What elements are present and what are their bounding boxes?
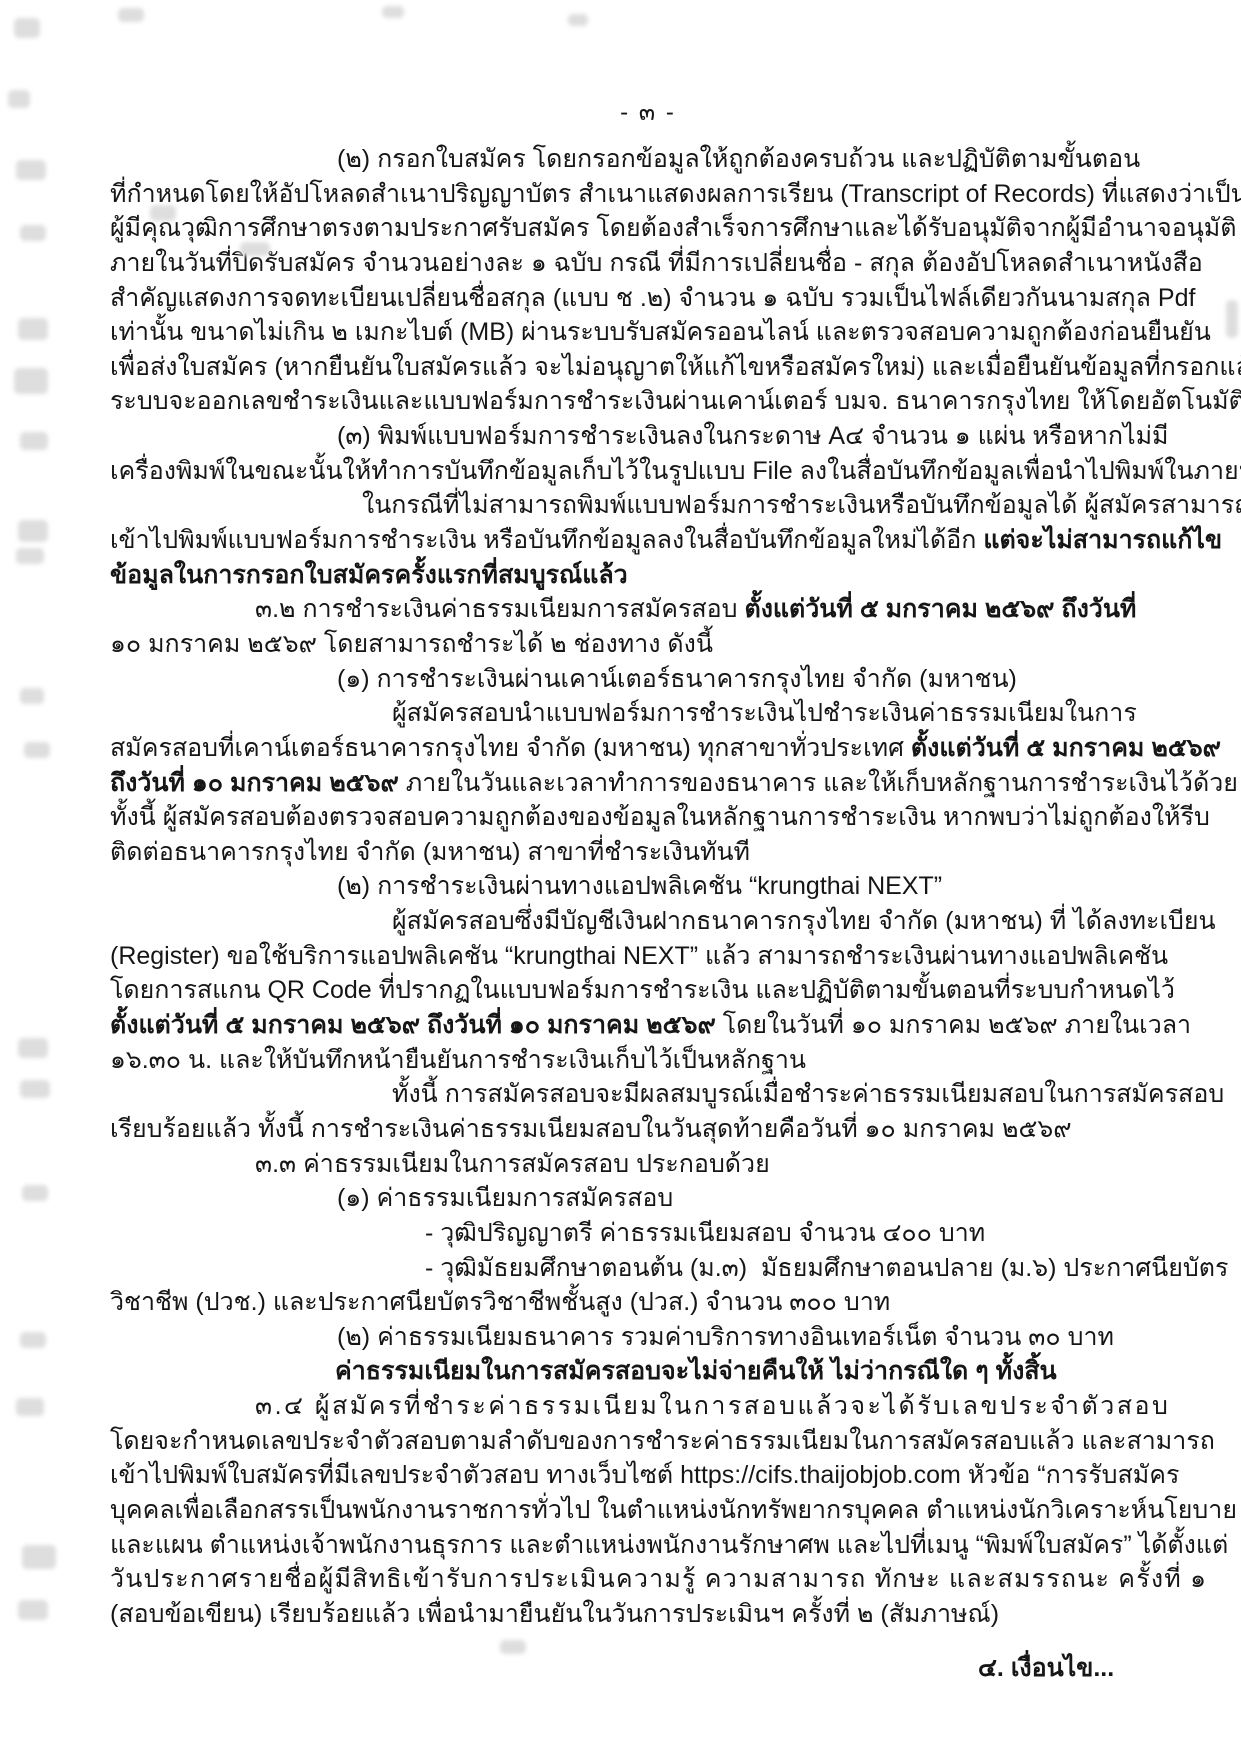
continuation-marker: ๔. เงื่อนไข...: [978, 1648, 1114, 1688]
text-line: โดยการสแกน QR Code ที่ปรากฏในแบบฟอร์มการ…: [110, 973, 1138, 1008]
scan-artifact: [24, 742, 50, 758]
text-run: ทั้งนี้ ผู้สมัครสอบต้องตรวจสอบความถูกต้อ…: [110, 803, 1210, 831]
text-run: (๒) การชำระเงินผ่านทางแอปพลิเคชัน “krung…: [337, 872, 942, 900]
text-run: ภายในวันและเวลาทำการของธนาคาร และให้เก็บ…: [399, 769, 1238, 797]
text-line: (๑) การชำระเงินผ่านเคาน์เตอร์ธนาคารกรุงไ…: [110, 662, 1138, 697]
text-line: (๒) ค่าธรรมเนียมธนาคาร รวมค่าบริการทางอิ…: [110, 1320, 1138, 1355]
text-run: เพื่อส่งใบสมัคร (หากยืนยันใบสมัครแล้ว จะ…: [110, 353, 1241, 381]
text-run: ที่กำหนดโดยให้อัปโหลดสำเนาปริญญาบัตร สำเ…: [110, 180, 1241, 208]
text-line: สำคัญแสดงการจดทะเบียนเปลี่ยนชื่อสกุล (แบ…: [110, 281, 1138, 316]
scan-artifact: [20, 1332, 46, 1348]
text-lines: (๒) กรอกใบสมัคร โดยกรอกข้อมูลให้ถูกต้องค…: [110, 142, 1138, 1632]
text-line: - วุฒิปริญญาตรี ค่าธรรมเนียมสอบ จำนวน ๔๐…: [110, 1216, 1138, 1251]
text-run: - วุฒิปริญญาตรี ค่าธรรมเนียมสอบ จำนวน ๔๐…: [425, 1219, 985, 1247]
text-line: วิชาชีพ (ปวช.) และประกาศนียบัตรวิชาชีพชั…: [110, 1285, 1138, 1320]
bold-text-run: ตั้งแต่วันที่ ๕ มกราคม ๒๕๖๙ ถึงวันที่ ๑๐…: [110, 1011, 716, 1039]
text-run: (Register) ขอใช้บริการแอปพลิเคชัน “krung…: [110, 942, 1168, 970]
text-line: เท่านั้น ขนาดไม่เกิน ๒ เมกะไบต์ (MB) ผ่า…: [110, 315, 1138, 350]
scan-artifact: [16, 1398, 44, 1416]
text-run: และแผน ตำแหน่งเจ้าพนักงานธุรการ และตำแหน…: [110, 1531, 1228, 1559]
text-run: โดยในวันที่ ๑๐ มกราคม ๒๕๖๙ ภายในเวลา: [716, 1011, 1191, 1039]
scan-artifact: [20, 688, 44, 704]
scan-artifact: [8, 90, 30, 108]
text-line: ๑๐ มกราคม ๒๕๖๙ โดยสามารถชำระได้ ๒ ช่องทา…: [110, 627, 1138, 662]
text-run: (๒) กรอกใบสมัคร โดยกรอกข้อมูลให้ถูกต้องค…: [337, 145, 1140, 173]
scan-artifact: [22, 1545, 56, 1569]
text-line: ในกรณีที่ไม่สามารถพิมพ์แบบฟอร์มการชำระเง…: [110, 488, 1138, 523]
text-line: โดยจะกำหนดเลขประจำตัวสอบตามลำดับของการชำ…: [110, 1424, 1138, 1459]
text-line: (Register) ขอใช้บริการแอปพลิเคชัน “krung…: [110, 939, 1138, 974]
text-run: ๓.๒ การชำระเงินค่าธรรมเนียมการสมัครสอบ: [255, 595, 744, 623]
text-line: (๒) กรอกใบสมัคร โดยกรอกข้อมูลให้ถูกต้องค…: [110, 142, 1138, 177]
text-line: เรียบร้อยแล้ว ทั้งนี้ การชำระเงินค่าธรรม…: [110, 1112, 1138, 1147]
scan-artifact: [18, 318, 48, 340]
scan-artifact: [150, 205, 176, 221]
text-run: วันประกาศรายชื่อผู้มีสิทธิเข้ารับการประเ…: [110, 1565, 1207, 1593]
text-line: ผู้สมัครสอบนำแบบฟอร์มการชำระเงินไปชำระเง…: [110, 696, 1138, 731]
scan-artifact: [568, 14, 588, 26]
text-line: ๑๖.๓๐ น. และให้บันทึกหน้ายืนยันการชำระเง…: [110, 1043, 1138, 1078]
text-run: (๓) พิมพ์แบบฟอร์มการชำระเงินลงในกระดาษ A…: [337, 422, 1169, 450]
bold-text-run: ถึงวันที่ ๑๐ มกราคม ๒๕๖๙: [110, 769, 399, 797]
text-line: บุคคลเพื่อเลือกสรรเป็นพนักงานราชการทั่วไ…: [110, 1493, 1138, 1528]
text-run: บุคคลเพื่อเลือกสรรเป็นพนักงานราชการทั่วไ…: [110, 1496, 1237, 1524]
scan-artifact: [18, 1600, 48, 1620]
text-run: ๑๐ มกราคม ๒๕๖๙ โดยสามารถชำระได้ ๒ ช่องทา…: [110, 630, 713, 658]
scan-artifact: [500, 1640, 526, 1654]
text-line: (๑) ค่าธรรมเนียมการสมัครสอบ: [110, 1181, 1138, 1216]
text-run: โดยการสแกน QR Code ที่ปรากฏในแบบฟอร์มการ…: [110, 976, 1175, 1004]
scan-artifact: [20, 432, 48, 450]
text-line: เข้าไปพิมพ์แบบฟอร์มการชำระเงิน หรือบันทึ…: [110, 523, 1138, 558]
scan-artifact: [1226, 300, 1238, 338]
scan-artifact: [18, 520, 48, 542]
scan-artifact: [14, 368, 48, 394]
text-line: ทั้งนี้ การสมัครสอบจะมีผลสมบูรณ์เมื่อชำร…: [110, 1077, 1138, 1112]
scan-artifact: [20, 225, 46, 241]
text-line: วันประกาศรายชื่อผู้มีสิทธิเข้ารับการประเ…: [110, 1562, 1138, 1597]
page-number: - ๓ -: [620, 92, 676, 131]
text-run: (สอบข้อเขียน) เรียบร้อยแล้ว เพื่อนำมายืน…: [110, 1600, 999, 1628]
text-run: ๓.๔ ผู้สมัครที่ชำระค่าธรรมเนียมในการสอบแ…: [255, 1392, 1170, 1420]
text-line: ๓.๒ การชำระเงินค่าธรรมเนียมการสมัครสอบ ต…: [110, 592, 1138, 627]
scan-artifact: [16, 548, 44, 564]
text-run: (๒) ค่าธรรมเนียมธนาคาร รวมค่าบริการทางอิ…: [337, 1323, 1114, 1351]
text-run: (๑) ค่าธรรมเนียมการสมัครสอบ: [337, 1184, 673, 1212]
bold-text-run: ตั้งแต่วันที่ ๕ มกราคม ๒๕๖๙: [911, 734, 1221, 762]
text-run: - วุฒิมัธยมศึกษาตอนต้น (ม.๓) มัธยมศึกษาต…: [425, 1254, 1228, 1282]
text-run: เข้าไปพิมพ์แบบฟอร์มการชำระเงิน หรือบันทึ…: [110, 526, 983, 554]
text-run: โดยจะกำหนดเลขประจำตัวสอบตามลำดับของการชำ…: [110, 1427, 1215, 1455]
scan-artifact: [22, 1185, 48, 1201]
text-line: (๒) การชำระเงินผ่านทางแอปพลิเคชัน “krung…: [110, 869, 1138, 904]
text-line: ถึงวันที่ ๑๐ มกราคม ๒๕๖๙ ภายในวันและเวลา…: [110, 766, 1138, 801]
text-run: ระบบจะออกเลขชำระเงินและแบบฟอร์มการชำระเง…: [110, 387, 1241, 415]
text-line: เพื่อส่งใบสมัคร (หากยืนยันใบสมัครแล้ว จะ…: [110, 350, 1138, 385]
text-line: ผู้มีคุณวุฒิการศึกษาตรงตามประกาศรับสมัคร…: [110, 211, 1138, 246]
text-line: สมัครสอบที่เคาน์เตอร์ธนาคารกรุงไทย จำกัด…: [110, 731, 1138, 766]
text-run: ทั้งนี้ การสมัครสอบจะมีผลสมบูรณ์เมื่อชำร…: [392, 1080, 1224, 1108]
text-run: เครื่องพิมพ์ในขณะนั้นให้ทำการบันทึกข้อมู…: [110, 457, 1241, 485]
text-run: ผู้สมัครสอบซึ่งมีบัญชีเงินฝากธนาคารกรุงไ…: [392, 907, 1216, 935]
text-line: (๓) พิมพ์แบบฟอร์มการชำระเงินลงในกระดาษ A…: [110, 419, 1138, 454]
scan-artifact: [16, 160, 46, 180]
text-run: ผู้มีคุณวุฒิการศึกษาตรงตามประกาศรับสมัคร…: [110, 214, 1237, 242]
text-run: สำคัญแสดงการจดทะเบียนเปลี่ยนชื่อสกุล (แบ…: [110, 284, 1195, 312]
scan-artifact: [18, 1038, 48, 1058]
bold-text-run: ค่าธรรมเนียมในการสมัครสอบจะไม่จ่ายคืนให้…: [335, 1357, 1057, 1385]
text-run: เรียบร้อยแล้ว ทั้งนี้ การชำระเงินค่าธรรม…: [110, 1115, 1072, 1143]
text-run: เท่านั้น ขนาดไม่เกิน ๒ เมกะไบต์ (MB) ผ่า…: [110, 318, 1211, 346]
text-line: ทั้งนี้ ผู้สมัครสอบต้องตรวจสอบความถูกต้อ…: [110, 800, 1138, 835]
text-run: ติดต่อธนาคารกรุงไทย จำกัด (มหาชน) สาขาที…: [110, 838, 750, 866]
text-line: ระบบจะออกเลขชำระเงินและแบบฟอร์มการชำระเง…: [110, 384, 1138, 419]
text-run: สมัครสอบที่เคาน์เตอร์ธนาคารกรุงไทย จำกัด…: [110, 734, 911, 762]
text-line: ข้อมูลในการกรอกใบสมัครครั้งแรกที่สมบูรณ์…: [110, 558, 1138, 593]
text-line: - วุฒิมัธยมศึกษาตอนต้น (ม.๓) มัธยมศึกษาต…: [110, 1251, 1138, 1286]
text-run: ผู้สมัครสอบนำแบบฟอร์มการชำระเงินไปชำระเง…: [392, 699, 1137, 727]
text-line: ติดต่อธนาคารกรุงไทย จำกัด (มหาชน) สาขาที…: [110, 835, 1138, 870]
bold-text-run: ข้อมูลในการกรอกใบสมัครครั้งแรกที่สมบูรณ์…: [110, 561, 628, 589]
text-run: วิชาชีพ (ปวช.) และประกาศนียบัตรวิชาชีพชั…: [110, 1288, 890, 1316]
text-line: ค่าธรรมเนียมในการสมัครสอบจะไม่จ่ายคืนให้…: [110, 1354, 1138, 1389]
text-line: ตั้งแต่วันที่ ๕ มกราคม ๒๕๖๙ ถึงวันที่ ๑๐…: [110, 1008, 1138, 1043]
text-run: ในกรณีที่ไม่สามารถพิมพ์แบบฟอร์มการชำระเง…: [362, 491, 1241, 519]
bold-text-run: ตั้งแต่วันที่ ๕ มกราคม ๒๕๖๙ ถึงวันที่: [744, 595, 1136, 623]
text-line: และแผน ตำแหน่งเจ้าพนักงานธุรการ และตำแหน…: [110, 1528, 1138, 1563]
bold-text-run: แต่จะไม่สามารถแก้ไข: [983, 526, 1222, 554]
text-run: (๑) การชำระเงินผ่านเคาน์เตอร์ธนาคารกรุงไ…: [337, 665, 1017, 693]
text-run: ๑๖.๓๐ น. และให้บันทึกหน้ายืนยันการชำระเง…: [110, 1046, 806, 1074]
text-line: ผู้สมัครสอบซึ่งมีบัญชีเงินฝากธนาคารกรุงไ…: [110, 904, 1138, 939]
scan-artifact: [14, 18, 40, 38]
text-line: เครื่องพิมพ์ในขณะนั้นให้ทำการบันทึกข้อมู…: [110, 454, 1138, 489]
text-run: เข้าไปพิมพ์ใบสมัครที่มีเลขประจำตัวสอบ ทา…: [110, 1461, 1179, 1489]
scan-artifact: [118, 8, 144, 22]
document-page: - ๓ - (๒) กรอกใบสมัคร โดยกรอกข้อมูลให้ถู…: [0, 0, 1241, 1755]
scan-artifact: [240, 242, 270, 256]
text-line: เข้าไปพิมพ์ใบสมัครที่มีเลขประจำตัวสอบ ทา…: [110, 1458, 1138, 1493]
text-line: ๓.๔ ผู้สมัครที่ชำระค่าธรรมเนียมในการสอบแ…: [110, 1389, 1138, 1424]
scan-artifact: [382, 6, 404, 18]
text-line: (สอบข้อเขียน) เรียบร้อยแล้ว เพื่อนำมายืน…: [110, 1597, 1138, 1632]
text-line: ที่กำหนดโดยให้อัปโหลดสำเนาปริญญาบัตร สำเ…: [110, 177, 1138, 212]
text-run: ภายในวันที่ปิดรับสมัคร จำนวนอย่างละ ๑ ฉบ…: [110, 249, 1203, 277]
text-line: ๓.๓ ค่าธรรมเนียมในการสมัครสอบ ประกอบด้วย: [110, 1147, 1138, 1182]
scan-artifact: [20, 1080, 50, 1098]
text-run: ๓.๓ ค่าธรรมเนียมในการสมัครสอบ ประกอบด้วย: [255, 1150, 770, 1178]
